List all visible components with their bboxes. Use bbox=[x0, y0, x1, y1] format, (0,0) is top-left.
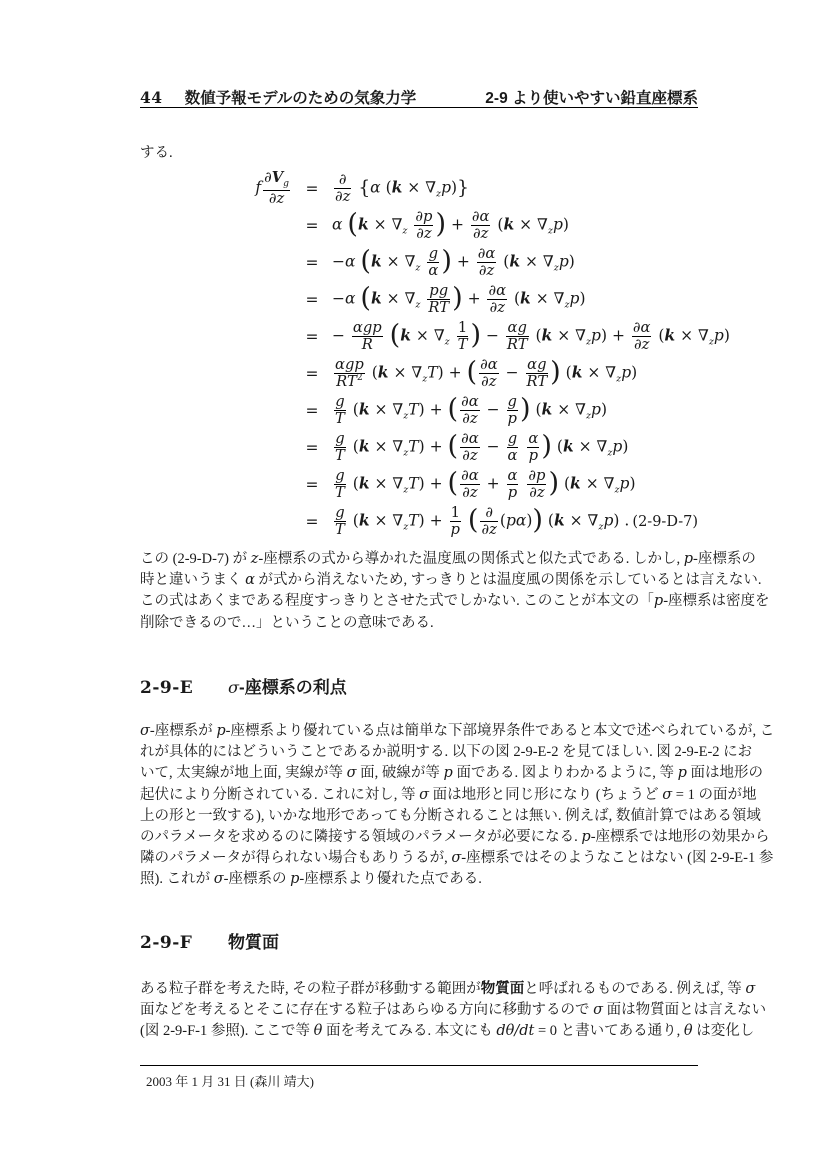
equation-block: f∂Vg∂z = ∂∂z {α (k × ∇zp)} = α (k × ∇z ∂… bbox=[140, 170, 698, 540]
equation-rhs: gT (k × ∇zT) + (∂α∂z + αp ∂p∂z) (k × ∇zp… bbox=[332, 468, 698, 501]
section-number: 2-9-E bbox=[140, 678, 228, 698]
equation-rhs: −α (k × ∇z pgRT) + ∂α∂z (k × ∇zp) bbox=[332, 283, 698, 316]
equation-rhs: −α (k × ∇z gα) + ∂α∂z (k × ∇zp) bbox=[332, 246, 698, 279]
equation-line-1: f∂Vg∂z = ∂∂z {α (k × ∇zp)} bbox=[140, 170, 698, 207]
equals-sign: = bbox=[292, 402, 332, 420]
document-page: 44 数値予報モデルのための気象力学 2-9 より使いやすい鉛直座標系 する. … bbox=[0, 0, 826, 1169]
equation-line-10: = gT (k × ∇zT) + 1p (∂∂z(pα)) (k × ∇zp) … bbox=[140, 503, 698, 540]
section-title: σ-座標系の利点 bbox=[228, 673, 347, 698]
header-book-title: 数値予報モデルのための気象力学 bbox=[185, 86, 417, 108]
section-heading-2-9-E: 2-9-E σ-座標系の利点 bbox=[140, 673, 347, 698]
header-rule bbox=[140, 107, 698, 108]
header-section-title: 2-9 より使いやすい鉛直座標系 bbox=[485, 86, 698, 108]
section-title: 物質面 bbox=[228, 928, 279, 953]
equation-lhs: f∂Vg∂z bbox=[140, 170, 292, 207]
equation-line-6: = αgpRT2 (k × ∇zT) + (∂α∂z − αgRT) (k × … bbox=[140, 355, 698, 392]
equals-sign: = bbox=[292, 291, 332, 309]
equation-rhs: α (k × ∇z ∂p∂z) + ∂α∂z (k × ∇zp) bbox=[332, 209, 698, 242]
page-number: 44 bbox=[140, 88, 163, 107]
equals-sign: = bbox=[292, 365, 332, 383]
intro-line: する. bbox=[140, 141, 173, 162]
equals-sign: = bbox=[292, 217, 332, 235]
equation-line-4: = −α (k × ∇z pgRT) + ∂α∂z (k × ∇zp) bbox=[140, 281, 698, 318]
equation-line-5: = − αgpR (k × ∇z 1T) − αgRT (k × ∇zp) + … bbox=[140, 318, 698, 355]
paragraph-temperature-wind: この (2-9-D-7) が z-座標系の式から導かれた温度風の関係式と似た式で… bbox=[140, 549, 700, 634]
equation-line-2: = α (k × ∇z ∂p∂z) + ∂α∂z (k × ∇zp) bbox=[140, 207, 698, 244]
equals-sign: = bbox=[292, 439, 332, 457]
equals-sign: = bbox=[292, 328, 332, 346]
equation-line-8: = gT (k × ∇zT) + (∂α∂z − gα αp) (k × ∇zp… bbox=[140, 429, 698, 466]
section-number: 2-9-F bbox=[140, 933, 228, 953]
page-header: 44 数値予報モデルのための気象力学 2-9 より使いやすい鉛直座標系 bbox=[140, 86, 698, 108]
equation-rhs: ∂∂z {α (k × ∇zp)} bbox=[332, 172, 698, 205]
equals-sign: = bbox=[292, 180, 332, 198]
equals-sign: = bbox=[292, 476, 332, 494]
equation-line-3: = −α (k × ∇z gα) + ∂α∂z (k × ∇zp) bbox=[140, 244, 698, 281]
equation-rhs: gT (k × ∇zT) + (∂α∂z − gp) (k × ∇zp) bbox=[332, 394, 698, 427]
paragraph-sigma-advantage: σ-座標系が p-座標系より優れている点は簡単な下部境界条件であると本文で述べら… bbox=[140, 721, 700, 891]
section-heading-2-9-F: 2-9-F 物質面 bbox=[140, 928, 279, 953]
equation-rhs: gT (k × ∇zT) + (∂α∂z − gα αp) (k × ∇zp) bbox=[332, 431, 698, 464]
footer-rule bbox=[140, 1065, 698, 1066]
equation-line-9: = gT (k × ∇zT) + (∂α∂z + αp ∂p∂z) (k × ∇… bbox=[140, 466, 698, 503]
equation-line-7: = gT (k × ∇zT) + (∂α∂z − gp) (k × ∇zp) bbox=[140, 392, 698, 429]
equation-number: (2-9-D-7) bbox=[632, 514, 698, 530]
equation-rhs: αgpRT2 (k × ∇zT) + (∂α∂z − αgRT) (k × ∇z… bbox=[332, 357, 698, 390]
paragraph-material-surface: ある粒子群を考えた時, その粒子群が移動する範囲が物質面と呼ばれるものである. … bbox=[140, 979, 700, 1043]
equals-sign: = bbox=[292, 513, 332, 531]
header-left: 44 数値予報モデルのための気象力学 bbox=[140, 86, 416, 108]
footer-date: 2003 年 1 月 31 日 (森川 靖大) bbox=[146, 1071, 314, 1090]
equals-sign: = bbox=[292, 254, 332, 272]
equation-rhs: − αgpR (k × ∇z 1T) − αgRT (k × ∇zp) + ∂α… bbox=[332, 320, 730, 353]
